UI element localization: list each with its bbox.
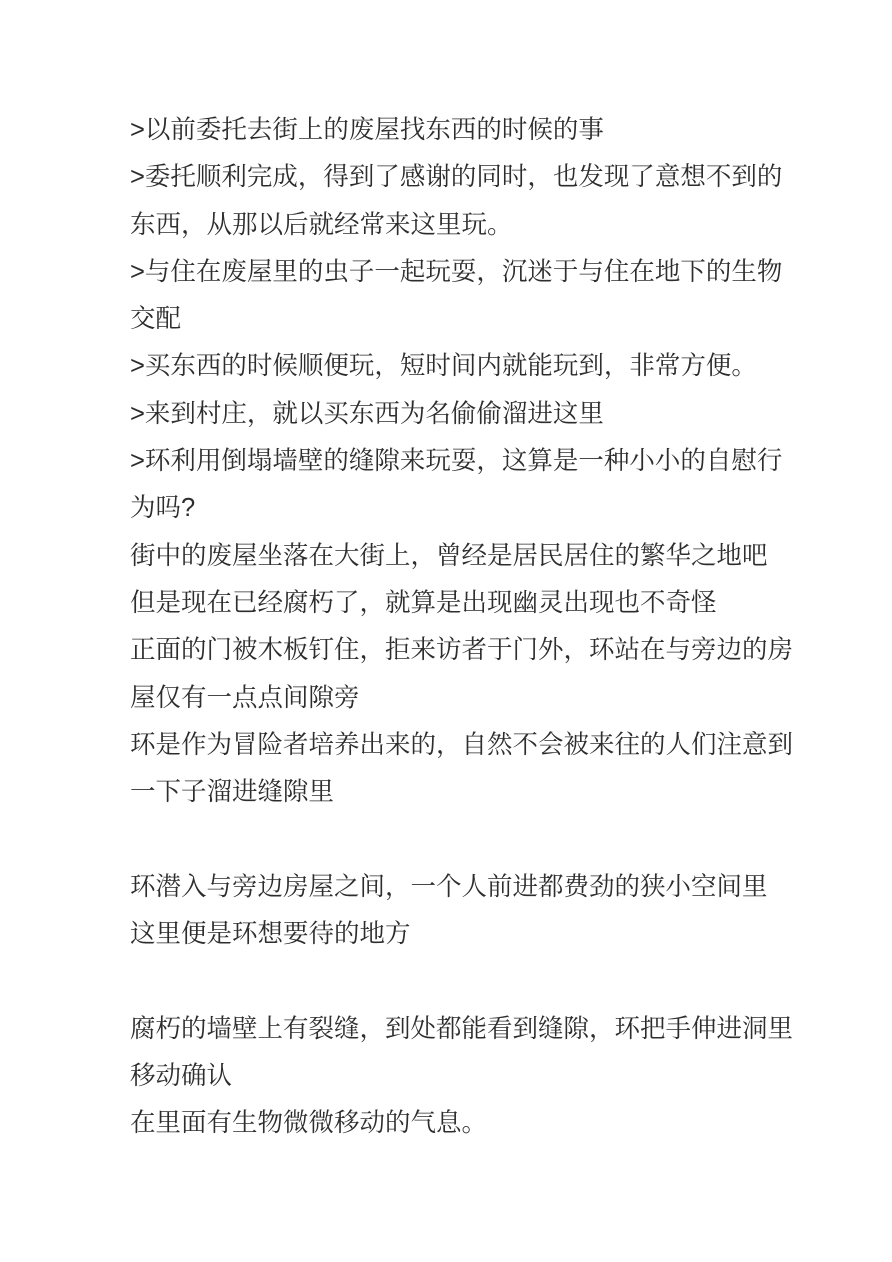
blank-line [130, 816, 780, 863]
text-line: 这里便是环想要待的地方 [130, 911, 780, 958]
text-line: 为吗? [130, 485, 780, 532]
text-line: 东西，从那以后就经常来这里玩。 [130, 202, 780, 249]
text-line: 正面的门被木板钉住，拒来访者于门外，环站在与旁边的房 [130, 627, 780, 674]
text-line: >与住在废屋里的虫子一起玩耍，沉迷于与住在地下的生物 [130, 249, 780, 296]
text-line: >环利用倒塌墙壁的缝隙来玩耍，这算是一种小小的自慰行 [130, 438, 780, 485]
text-line: 一下子溜进缝隙里 [130, 769, 780, 816]
text-line: 交配 [130, 296, 780, 343]
text-line: >买东西的时候顺便玩，短时间内就能玩到，非常方便。 [130, 343, 780, 390]
text-line: >以前委托去街上的废屋找东西的时候的事 [130, 107, 780, 154]
text-line: >来到村庄，就以买东西为名偷偷溜进这里 [130, 391, 780, 438]
document-page: >以前委托去街上的废屋找东西的时候的事 >委托顺利完成，得到了感谢的同时，也发现… [0, 0, 892, 1262]
text-line: 移动确认 [130, 1053, 780, 1100]
text-line: 腐朽的墙壁上有裂缝，到处都能看到缝隙，环把手伸进洞里 [130, 1006, 780, 1053]
text-line: 但是现在已经腐朽了，就算是出现幽灵出现也不奇怪 [130, 580, 780, 627]
text-line: >委托顺利完成，得到了感谢的同时，也发现了意想不到的 [130, 154, 780, 201]
text-line: 在里面有生物微微移动的气息。 [130, 1100, 780, 1147]
text-line: 环潜入与旁边房屋之间，一个人前进都费劲的狭小空间里 [130, 864, 780, 911]
text-line: 街中的废屋坐落在大街上，曾经是居民居住的繁华之地吧 [130, 533, 780, 580]
blank-line [130, 958, 780, 1005]
text-line: 环是作为冒险者培养出来的，自然不会被来往的人们注意到 [130, 722, 780, 769]
text-line: 屋仅有一点点间隙旁 [130, 675, 780, 722]
story-text-block: >以前委托去街上的废屋找东西的时候的事 >委托顺利完成，得到了感谢的同时，也发现… [130, 107, 780, 1148]
